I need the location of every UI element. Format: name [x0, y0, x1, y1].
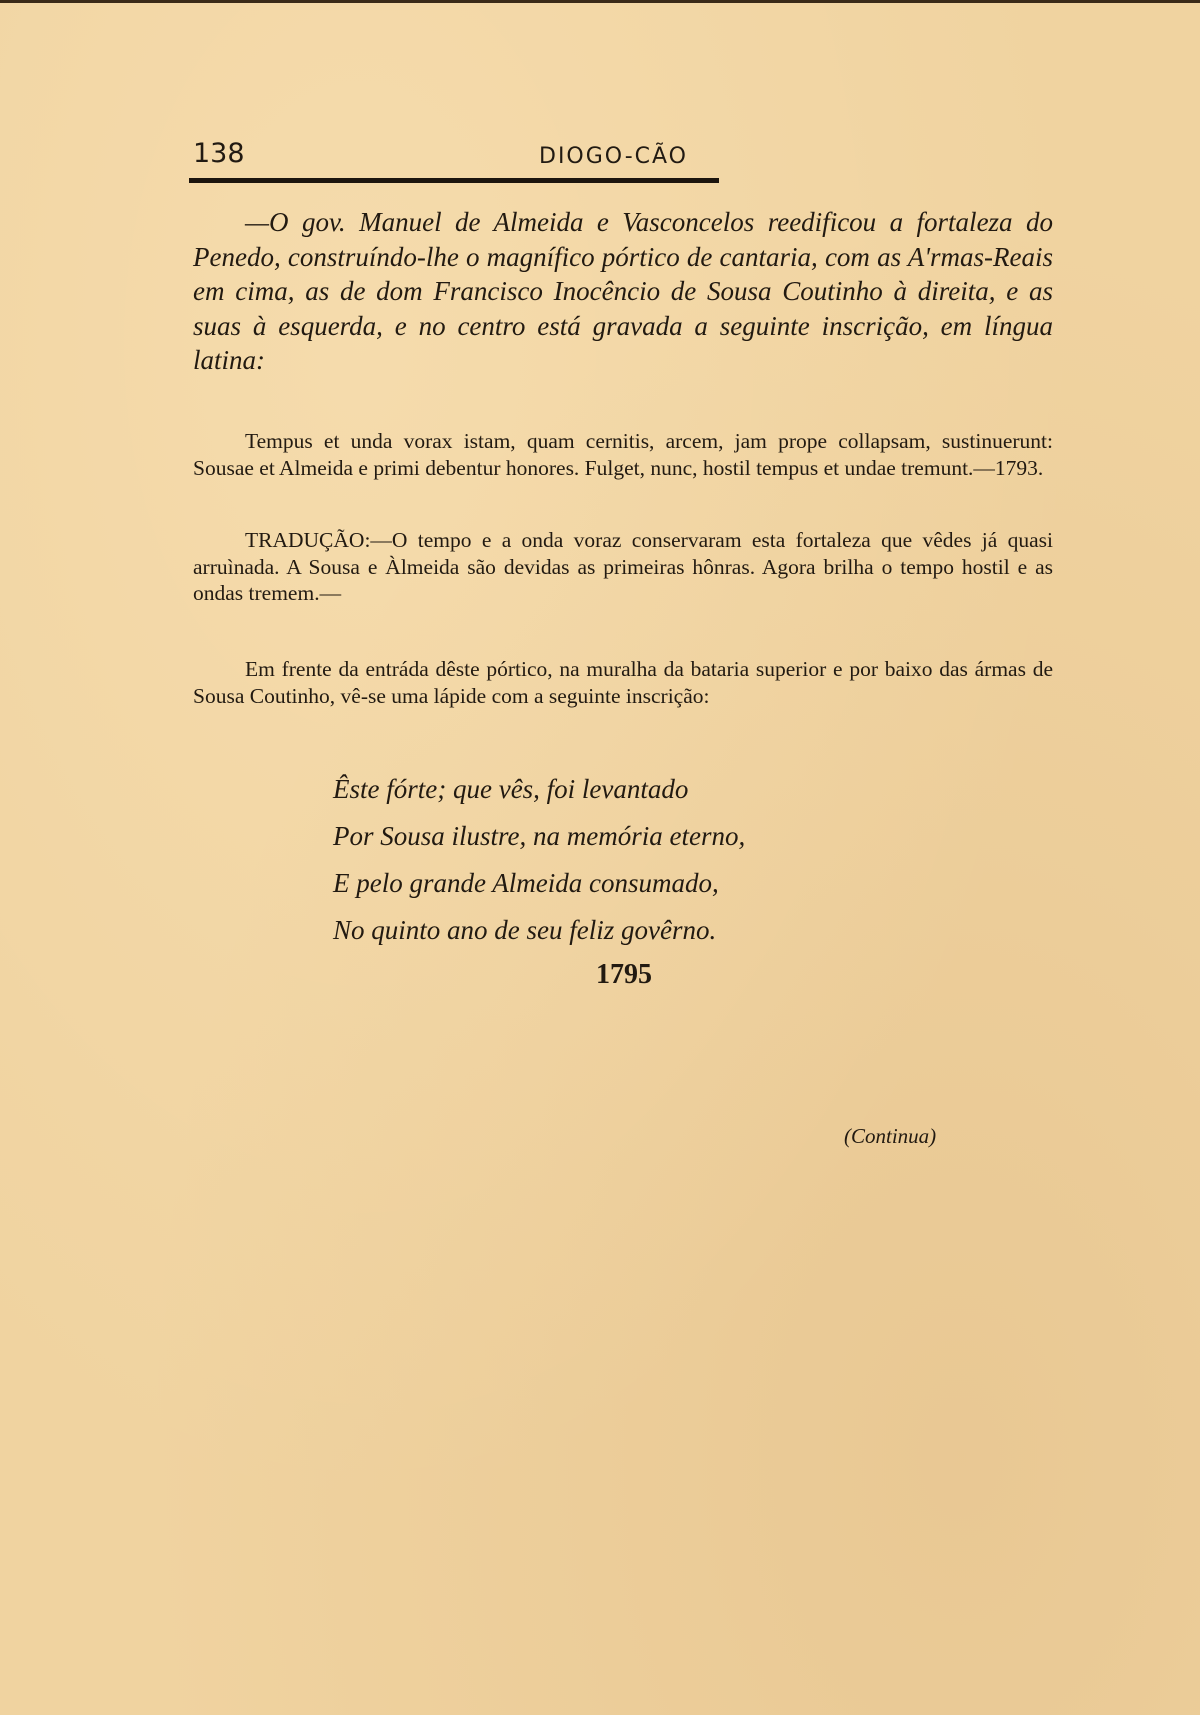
- latin-inscription: Tempus et unda vorax istam, quam cerniti…: [193, 428, 1053, 481]
- poem-line: Êste fórte; que vês, foi levantado: [333, 766, 953, 813]
- running-title: DIOGO-CÃO: [539, 144, 688, 169]
- poem-line: Por Sousa ilustre, na memória eterno,: [333, 813, 953, 860]
- intro-paragraph: —O gov. Manuel de Almeida e Vasconcelos …: [193, 205, 1053, 378]
- poem-line: No quinto ano de seu feliz govêrno.: [333, 907, 953, 954]
- continuation-note: (Continua): [844, 1124, 936, 1149]
- translation-paragraph: TRADUÇÃO:—O tempo e a onda voraz conserv…: [193, 527, 1053, 607]
- body-paragraph: Em frente da entráda dêste pórtico, na m…: [193, 656, 1053, 709]
- page-top-edge: [0, 0, 1200, 3]
- header-rule: [189, 178, 719, 183]
- poem-inscription: Êste fórte; que vês, foi levantado Por S…: [333, 766, 953, 954]
- poem-line: E pelo grande Almeida consumado,: [333, 860, 953, 907]
- running-head: 138 DIOGO-CÃO: [193, 138, 718, 176]
- page-number: 138: [193, 138, 245, 169]
- inscription-year: 1795: [193, 959, 1055, 991]
